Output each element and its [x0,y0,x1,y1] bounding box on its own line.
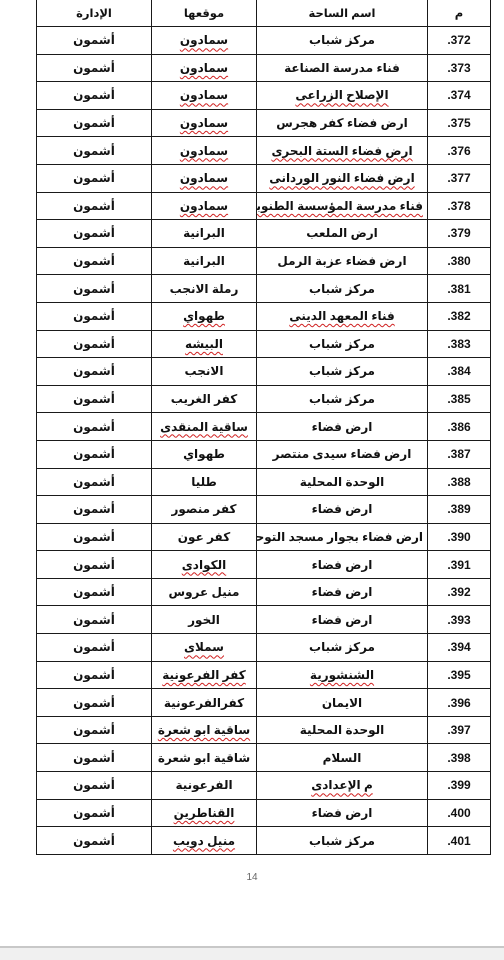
row-num: .386 [428,413,491,441]
row-name: ارض فضاء [257,799,428,827]
table-row: .396الايمانكفرالفرعونيةأشمون [37,689,491,717]
row-administration: أشمون [37,523,152,551]
row-num: .395 [428,661,491,689]
row-administration-text: أشمون [73,502,115,516]
row-num-text: .388 [447,475,470,489]
row-num: .392 [428,578,491,606]
document-page: م اسم الساحة موقعها الإدارة .372مركز شبا… [0,0,504,946]
row-num-text: .374 [447,88,470,102]
table-row: .373فناء مدرسة الصناعةسمادونأشمون [37,54,491,82]
row-location-text: الفرعونية [175,778,232,792]
row-administration: أشمون [37,137,152,165]
row-location: ساقية المنقدى [152,413,257,441]
row-name: ارض فضاء [257,606,428,634]
row-administration: أشمون [37,247,152,275]
row-location-text: ساقية ابو شعرة [158,723,250,737]
row-location-text: ساقية المنقدى [160,420,248,434]
row-administration-text: أشمون [73,806,115,820]
row-administration-text: أشمون [73,309,115,323]
row-administration-text: أشمون [73,226,115,240]
table-row: .391ارض فضاءالكوادىأشمون [37,551,491,579]
row-name-text: ارض فضاء كفر هجرس [276,116,408,130]
row-name-text: الوحدة المحلية [300,723,385,737]
row-location-text: سملاى [184,640,224,654]
row-location: كفرالفرعونية [152,689,257,717]
row-num: .378 [428,192,491,220]
row-num-text: .398 [447,751,470,765]
row-location: الانجب [152,358,257,386]
row-name-text: ارض فضاء عزبة الرمل [277,254,406,268]
row-name: ارض فضاء عزبة الرمل [257,247,428,275]
row-name-text: السلام [323,751,362,765]
row-name-text: فناء مدرسة المؤسسة الطنوبى [257,199,424,213]
row-administration-text: أشمون [73,88,115,102]
row-name: مركز شباب [257,330,428,358]
row-name: السلام [257,744,428,772]
header-administration: الإدارة [37,0,152,27]
row-num-text: .383 [447,337,470,351]
row-name: مركز شباب [257,634,428,662]
table-row: .392ارض فضاءمنيل عروسأشمون [37,578,491,606]
row-name: مركز شباب [257,358,428,386]
row-administration: أشمون [37,109,152,137]
row-administration: أشمون [37,220,152,248]
row-administration-text: أشمون [73,171,115,185]
row-location-text: سمادون [180,88,228,102]
row-administration: أشمون [37,82,152,110]
table-row: .400ارض فضاءالقناطرينأشمون [37,799,491,827]
row-administration: أشمون [37,744,152,772]
row-name: الوحدة المحلية [257,716,428,744]
row-name-text: الإصلاح الزراعى [295,88,388,102]
row-administration-text: أشمون [73,33,115,47]
row-name: م الإعدادى [257,772,428,800]
row-name: الوحدة المحلية [257,468,428,496]
row-administration-text: أشمون [73,144,115,158]
row-location: طهواي [152,440,257,468]
row-num: .385 [428,385,491,413]
header-location: موقعها [152,0,257,27]
row-name-text: ارض فضاء [312,558,373,572]
row-name-text: الايمان [322,696,362,710]
row-administration-text: أشمون [73,834,115,848]
row-name: ارض فضاء الستة البحرى [257,137,428,165]
row-name: الإصلاح الزراعى [257,82,428,110]
row-administration: أشمون [37,772,152,800]
row-num-text: .394 [447,640,470,654]
row-num: .375 [428,109,491,137]
row-administration: أشمون [37,440,152,468]
row-num-text: .395 [447,668,470,682]
row-num: .399 [428,772,491,800]
row-administration-text: أشمون [73,778,115,792]
row-location-text: سمادون [180,33,228,47]
row-administration: أشمون [37,551,152,579]
row-location: كفر عون [152,523,257,551]
row-num-text: .385 [447,392,470,406]
table-header-row: م اسم الساحة موقعها الإدارة [37,0,491,27]
row-location: سمادون [152,82,257,110]
row-administration-text: أشمون [73,668,115,682]
table-row: .393ارض فضاءالخورأشمون [37,606,491,634]
row-num: .379 [428,220,491,248]
row-name-text: ارض فضاء [312,420,373,434]
row-name: فناء المعهد الدينى [257,302,428,330]
row-administration-text: أشمون [73,392,115,406]
row-name-text: مركز شباب [309,834,375,848]
viewer-bottom-edge [0,946,504,960]
table-row: .383مركز شبابالبيشهأشمون [37,330,491,358]
playgrounds-table: م اسم الساحة موقعها الإدارة .372مركز شبا… [36,0,491,855]
row-name-text: مركز شباب [309,640,375,654]
row-administration-text: أشمون [73,640,115,654]
row-name-text: مركز شباب [309,33,375,47]
row-num-text: .397 [447,723,470,737]
row-administration: أشمون [37,27,152,55]
row-location: سمادون [152,164,257,192]
row-location: طليا [152,468,257,496]
table-row: .398السلامشاقية ابو شعرةأشمون [37,744,491,772]
table-row: .372مركز شبابسمادونأشمون [37,27,491,55]
row-location-text: البرانية [183,254,225,268]
row-administration: أشمون [37,827,152,855]
row-name-text: ارض فضاء النور الوردانى [269,171,414,185]
row-location-text: كفر الغريب [171,392,237,406]
row-name: ارض فضاء النور الوردانى [257,164,428,192]
row-administration-text: أشمون [73,475,115,489]
row-num: .391 [428,551,491,579]
row-name-text: ارض فضاء [312,502,373,516]
row-num-text: .376 [447,144,470,158]
row-num-text: .390 [447,530,470,544]
row-location: شاقية ابو شعرة [152,744,257,772]
row-administration-text: أشمون [73,61,115,75]
row-num-text: .387 [447,447,470,461]
row-name-text: فناء المعهد الدينى [289,309,394,323]
row-name: ارض فضاء سيدى منتصر [257,440,428,468]
row-num-text: .382 [447,309,470,323]
row-num: .376 [428,137,491,165]
row-location-text: سمادون [180,171,228,185]
row-location-text: منيل عروس [169,585,240,599]
row-num: .400 [428,799,491,827]
table-row: .390ارض فضاء بجوار مسجد التوحيدكفر عونأش… [37,523,491,551]
row-num: .374 [428,82,491,110]
table-row: .389ارض فضاءكفر منصورأشمون [37,496,491,524]
row-name-text: مركز شباب [309,282,375,296]
row-administration: أشمون [37,661,152,689]
row-location: ساقية ابو شعرة [152,716,257,744]
table-row: .380ارض فضاء عزبة الرملالبرانيةأشمون [37,247,491,275]
row-num-text: .375 [447,116,470,130]
row-location: منيل دويب [152,827,257,855]
row-num-text: .381 [447,282,470,296]
row-location: سمادون [152,137,257,165]
row-num-text: .401 [447,834,470,848]
row-administration-text: أشمون [73,199,115,213]
row-num: .381 [428,275,491,303]
row-name: مركز شباب [257,827,428,855]
row-name: مركز شباب [257,275,428,303]
row-administration: أشمون [37,358,152,386]
row-location-text: القناطرين [174,806,235,820]
row-num-text: .377 [447,171,470,185]
row-location: سمادون [152,192,257,220]
row-name: الشنشورية [257,661,428,689]
table-row: .382فناء المعهد الدينىطهوايأشمون [37,302,491,330]
row-name-text: ارض فضاء [312,585,373,599]
row-location-text: كفر الفرعونية [162,668,246,682]
row-location-text: كفر منصور [172,502,237,516]
row-administration-text: أشمون [73,723,115,737]
row-name-text: مركز شباب [309,392,375,406]
row-name: ارض فضاء كفر هجرس [257,109,428,137]
row-num: .401 [428,827,491,855]
row-location: رملة الانجب [152,275,257,303]
row-num: .390 [428,523,491,551]
table-row: .385مركز شبابكفر الغريبأشمون [37,385,491,413]
row-location: كفر منصور [152,496,257,524]
row-name: ارض فضاء [257,413,428,441]
row-location: البيشه [152,330,257,358]
row-administration-text: أشمون [73,337,115,351]
row-num: .383 [428,330,491,358]
row-num-text: .399 [447,778,470,792]
row-num: .397 [428,716,491,744]
row-name: ارض الملعب [257,220,428,248]
table-row: .377ارض فضاء النور الوردانىسمادونأشمون [37,164,491,192]
row-num: .393 [428,606,491,634]
row-name: ارض فضاء [257,496,428,524]
row-location: القناطرين [152,799,257,827]
row-num: .389 [428,496,491,524]
row-num: .396 [428,689,491,717]
row-administration-text: أشمون [73,420,115,434]
row-location: الكوادى [152,551,257,579]
row-num: .373 [428,54,491,82]
row-name: الايمان [257,689,428,717]
row-administration: أشمون [37,275,152,303]
row-location-text: سمادون [180,144,228,158]
row-name: مركز شباب [257,27,428,55]
row-administration-text: أشمون [73,613,115,627]
row-administration: أشمون [37,385,152,413]
table-row: .401مركز شبابمنيل دويبأشمون [37,827,491,855]
row-location-text: شاقية ابو شعرة [158,751,250,765]
row-name-text: ارض فضاء [312,613,373,627]
row-location-text: رملة الانجب [170,282,239,296]
row-location: الخور [152,606,257,634]
row-num: .382 [428,302,491,330]
row-num-text: .392 [447,585,470,599]
row-num-text: .393 [447,613,470,627]
row-num: .372 [428,27,491,55]
header-num: م [428,0,491,27]
row-name-text: ارض الملعب [306,226,378,240]
table-row: .378فناء مدرسة المؤسسة الطنوبىسمادونأشمو… [37,192,491,220]
row-administration: أشمون [37,689,152,717]
row-location: سمادون [152,27,257,55]
table-row: .386ارض فضاءساقية المنقدىأشمون [37,413,491,441]
row-administration-text: أشمون [73,696,115,710]
row-num-text: .384 [447,364,470,378]
row-num-text: .391 [447,558,470,572]
row-administration-text: أشمون [73,447,115,461]
row-name: فناء مدرسة المؤسسة الطنوبى [257,192,428,220]
row-administration: أشمون [37,634,152,662]
row-location-text: طليا [191,475,217,489]
row-name-text: الوحدة المحلية [300,475,385,489]
row-name-text: مركز شباب [309,337,375,351]
row-location-text: كفر عون [178,530,230,544]
table-row: .399م الإعدادىالفرعونيةأشمون [37,772,491,800]
row-administration: أشمون [37,164,152,192]
table-row: .397الوحدة المحليةساقية ابو شعرةأشمون [37,716,491,744]
row-name: ارض فضاء [257,551,428,579]
row-name-text: م الإعدادى [311,778,373,792]
row-num: .380 [428,247,491,275]
row-name-text: ارض فضاء سيدى منتصر [273,447,412,461]
row-administration-text: أشمون [73,116,115,130]
row-location: الفرعونية [152,772,257,800]
page-number: 14 [0,872,504,883]
row-administration-text: أشمون [73,530,115,544]
row-name-text: فناء مدرسة الصناعة [284,61,400,75]
row-administration-text: أشمون [73,254,115,268]
row-location-text: طهواي [183,309,225,323]
row-num: .394 [428,634,491,662]
table-row: .379ارض الملعبالبرانيةأشمون [37,220,491,248]
row-location: سمادون [152,109,257,137]
table-row: .394مركز شبابسملاىأشمون [37,634,491,662]
row-num-text: .400 [447,806,470,820]
row-location-text: كفرالفرعونية [164,696,244,710]
row-location-text: البرانية [183,226,225,240]
row-name-text: ارض فضاء [312,806,373,820]
table-body: .372مركز شبابسمادونأشمون.373فناء مدرسة ا… [37,27,491,855]
row-administration: أشمون [37,54,152,82]
row-num: .384 [428,358,491,386]
row-num: .377 [428,164,491,192]
row-num-text: .389 [447,502,470,516]
table-row: .387ارض فضاء سيدى منتصرطهوايأشمون [37,440,491,468]
row-administration-text: أشمون [73,585,115,599]
row-num: .398 [428,744,491,772]
row-administration: أشمون [37,716,152,744]
row-name: ارض فضاء بجوار مسجد التوحيد [257,523,428,551]
row-administration: أشمون [37,413,152,441]
row-location: سملاى [152,634,257,662]
row-administration: أشمون [37,799,152,827]
row-name-text: ارض فضاء بجوار مسجد التوحيد [257,530,424,544]
row-location-text: البيشه [185,337,223,351]
row-name: فناء مدرسة الصناعة [257,54,428,82]
table-row: .395الشنشوريةكفر الفرعونيةأشمون [37,661,491,689]
row-location-text: سمادون [180,61,228,75]
row-location-text: سمادون [180,199,228,213]
row-location: البرانية [152,220,257,248]
row-name-text: الشنشورية [310,668,374,682]
row-location-text: الانجب [185,364,224,378]
row-location-text: سمادون [180,116,228,130]
table-row: .384مركز شبابالانجبأشمون [37,358,491,386]
row-location: منيل عروس [152,578,257,606]
table-row: .375ارض فضاء كفر هجرسسمادونأشمون [37,109,491,137]
row-num-text: .378 [447,199,470,213]
row-location: كفر الغريب [152,385,257,413]
row-location-text: منيل دويب [173,834,235,848]
row-administration: أشمون [37,330,152,358]
row-name-text: ارض فضاء الستة البحرى [271,144,412,158]
row-num-text: .373 [447,61,470,75]
row-num-text: .380 [447,254,470,268]
row-location-text: الخور [188,613,220,627]
row-location: كفر الفرعونية [152,661,257,689]
row-administration: أشمون [37,578,152,606]
row-num-text: .396 [447,696,470,710]
row-num-text: .379 [447,226,470,240]
row-administration-text: أشمون [73,558,115,572]
row-location-text: الكوادى [182,558,226,572]
row-name-text: مركز شباب [309,364,375,378]
row-name: مركز شباب [257,385,428,413]
row-administration-text: أشمون [73,282,115,296]
row-administration: أشمون [37,606,152,634]
table-row: .388الوحدة المحليةطلياأشمون [37,468,491,496]
row-location: سمادون [152,54,257,82]
row-administration-text: أشمون [73,364,115,378]
row-num-text: .372 [447,33,470,47]
row-administration: أشمون [37,496,152,524]
row-administration: أشمون [37,468,152,496]
row-location: طهواي [152,302,257,330]
row-num: .388 [428,468,491,496]
row-administration-text: أشمون [73,751,115,765]
table-row: .381مركز شبابرملة الانجبأشمون [37,275,491,303]
row-administration: أشمون [37,302,152,330]
table-row: .374الإصلاح الزراعىسمادونأشمون [37,82,491,110]
table-row: .376ارض فضاء الستة البحرىسمادونأشمون [37,137,491,165]
row-location-text: طهواي [183,447,225,461]
row-name: ارض فضاء [257,578,428,606]
row-num-text: .386 [447,420,470,434]
row-num: .387 [428,440,491,468]
row-administration: أشمون [37,192,152,220]
header-name: اسم الساحة [257,0,428,27]
row-location: البرانية [152,247,257,275]
